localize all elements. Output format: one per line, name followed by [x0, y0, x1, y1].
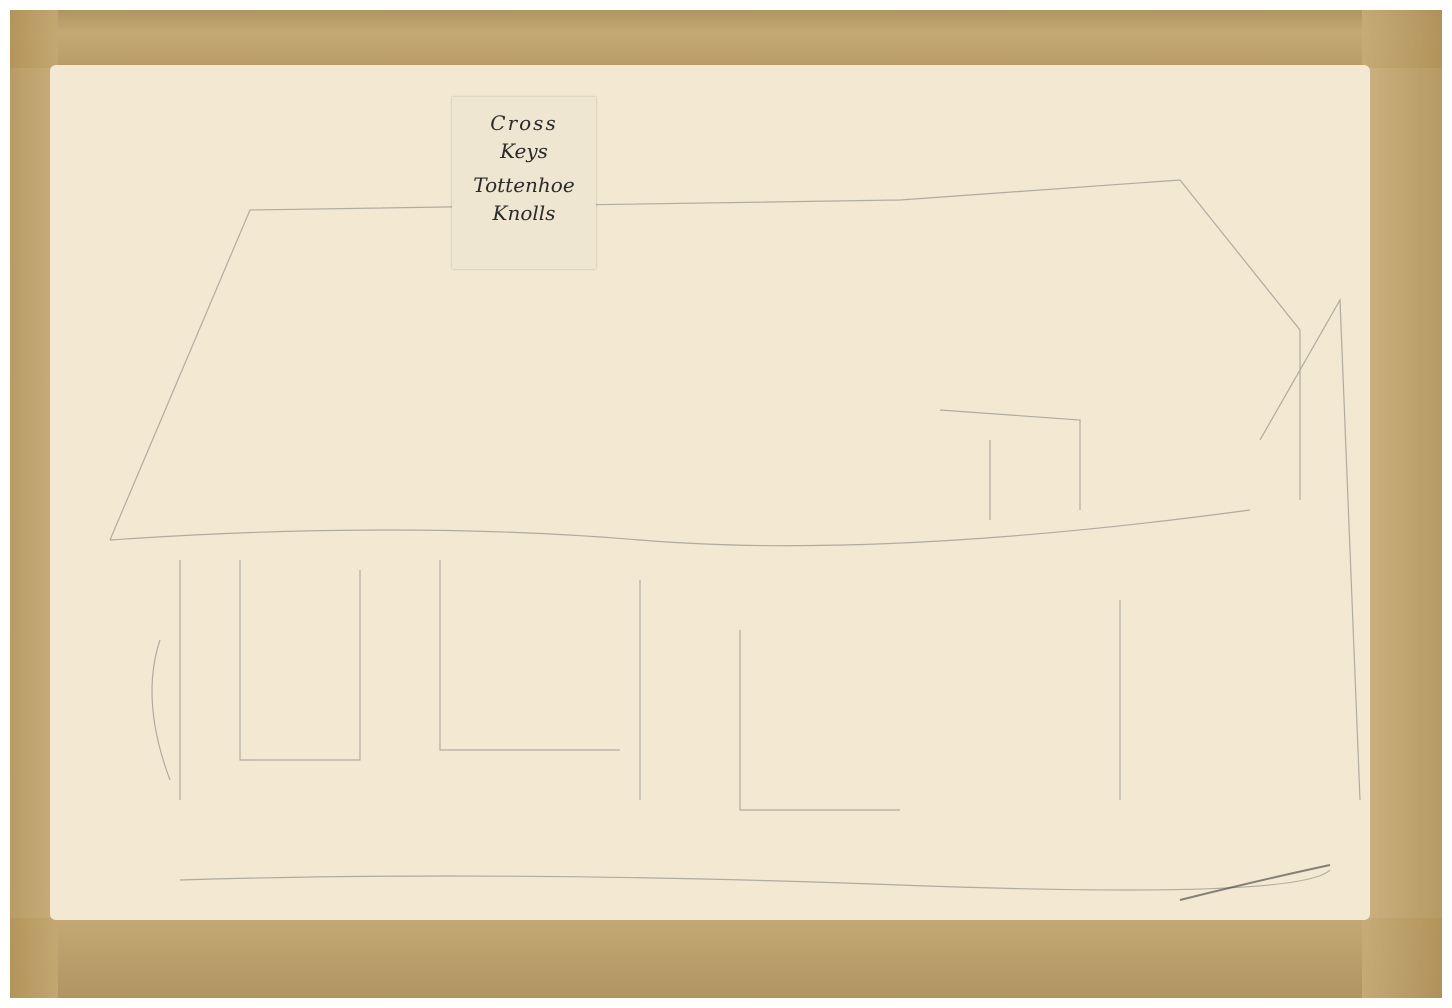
label-line-3: Tottenhoe	[452, 173, 596, 197]
label-line-2: Keys	[452, 139, 596, 163]
label-line-4: Knolls	[452, 201, 596, 225]
label-line-1: Cross	[452, 111, 596, 135]
pencil-sketch	[0, 0, 1452, 1008]
handwritten-label: Cross Keys Tottenhoe Knolls	[452, 97, 596, 269]
